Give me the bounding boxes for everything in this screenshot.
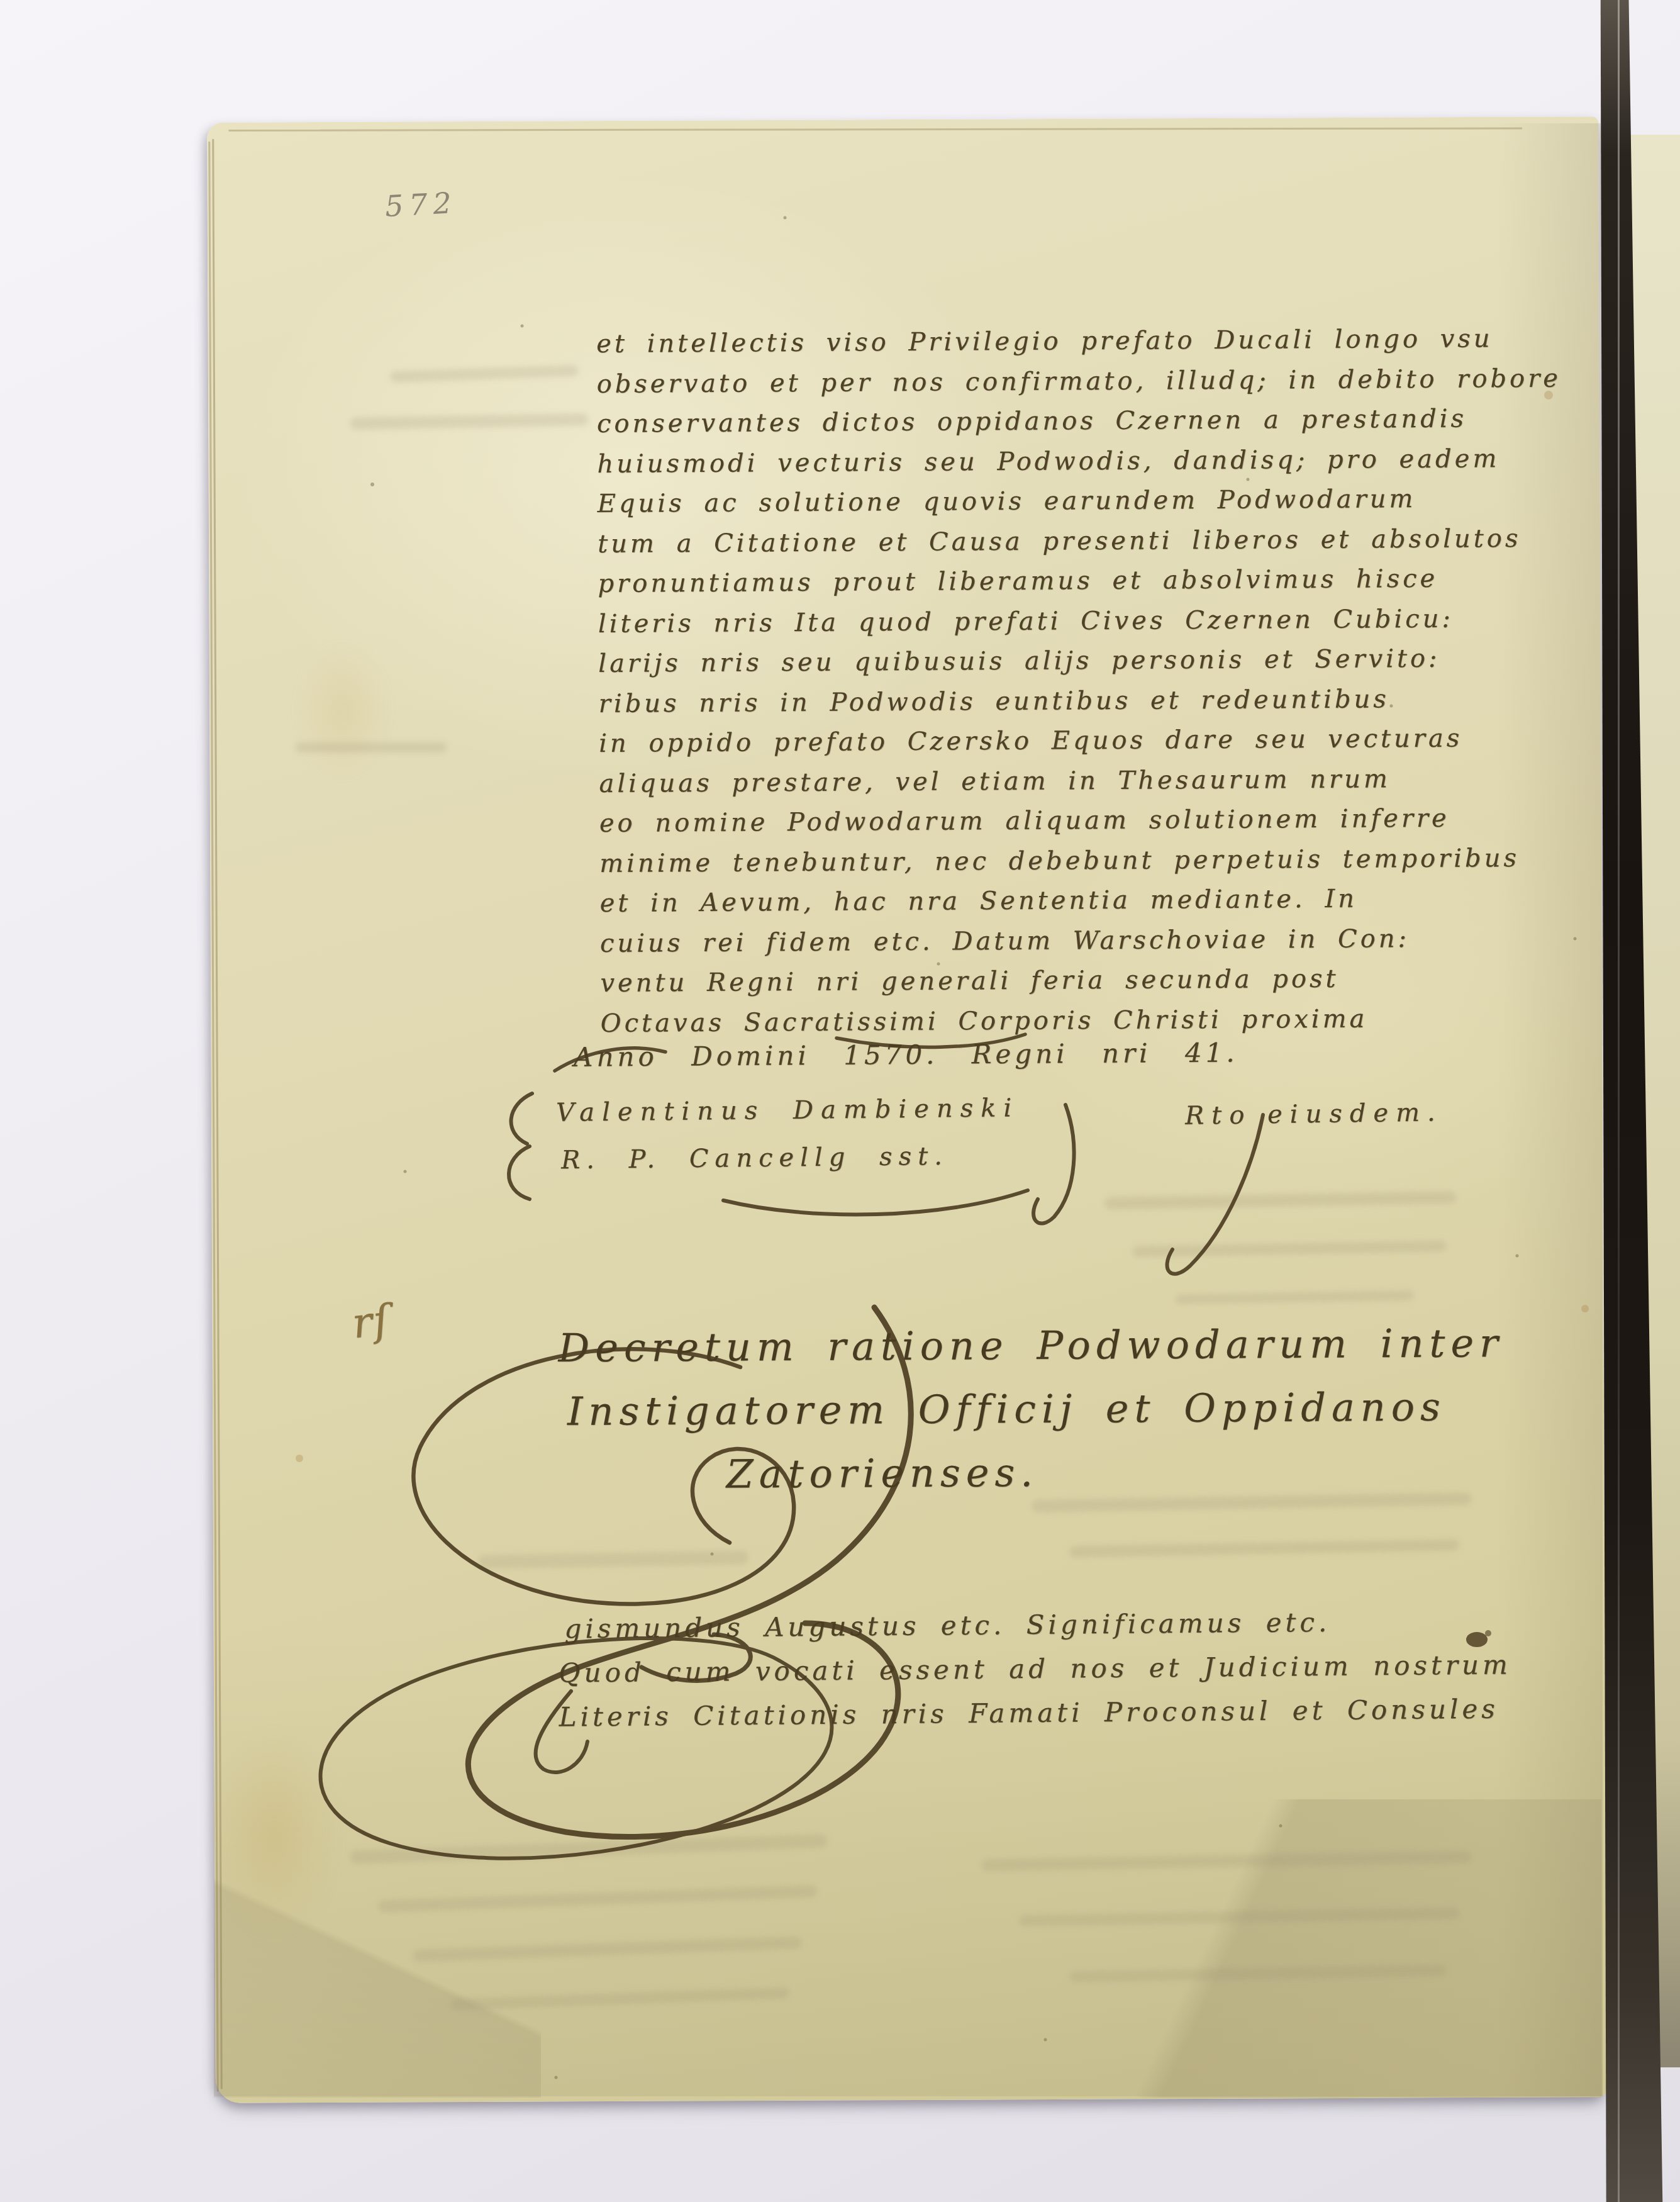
paragraph-line: conservantes dictos oppidanos Czernen a … xyxy=(597,399,1562,445)
dating-clause: Anno Domini 1570. Regni nri 41. xyxy=(574,1037,1238,1072)
margin-mark: rſ xyxy=(350,1295,393,1348)
chancellor-signature: Valentinus Dambienski xyxy=(556,1093,1020,1127)
paragraph-line: huiusmodi vecturis seu Podwodis, dandisq… xyxy=(597,439,1562,484)
paragraph-line: tum a Citatione et Causa presenti libero… xyxy=(598,518,1562,564)
main-paragraph: et intellectis viso Privilegio prefato D… xyxy=(596,319,1565,1044)
signature-title: R. P. Cancellg sst. xyxy=(561,1142,948,1175)
paragraph-line: et intellectis viso Privilegio prefato D… xyxy=(596,319,1561,365)
heading-line: Zatorienses. xyxy=(726,1438,1505,1506)
paragraph-line: Quod cum vocati essent ad nos et Judiciu… xyxy=(559,1643,1511,1695)
paragraph-line: Equis ac solutione quovis earundem Podwo… xyxy=(598,479,1562,525)
opening-paragraph: gismundus Augustus etc. Significamus etc… xyxy=(558,1599,1512,1739)
paragraph-line: pronuntiamus prout liberamus et absolvim… xyxy=(598,559,1562,605)
paragraph-line: eo nomine Podwodarum aliquam solutionem … xyxy=(599,798,1564,844)
relatio-note: Rto eiusdem. xyxy=(1185,1098,1443,1131)
paragraph-line: aliquas prestare, vel etiam in Thesaurum… xyxy=(599,758,1564,804)
folio-number: 572 xyxy=(384,186,458,223)
scan-background: 572 et intellectis viso Privilegio prefa… xyxy=(0,0,1680,2202)
paragraph-line: Literis Citationis nris Famati Proconsul… xyxy=(559,1687,1511,1739)
paragraph-line: literis nris Ita quod prefati Cives Czer… xyxy=(598,598,1563,644)
stain xyxy=(208,1730,340,1938)
stain xyxy=(296,642,390,780)
paragraph-line: gismundus Augustus etc. Significamus etc… xyxy=(564,1599,1511,1651)
paragraph-line: Octavas Sacratissimi Corporis Christi pr… xyxy=(601,998,1566,1044)
section-heading: Decretum ratione Podwodarum inter Instig… xyxy=(558,1311,1505,1507)
paragraph-line: et in Aevum, hac nra Sententia mediante.… xyxy=(599,878,1564,924)
paragraph-line: minime tenebuntur, nec debebunt perpetui… xyxy=(599,838,1564,884)
heading-line: Instigatorem Officij et Oppidanos xyxy=(567,1375,1505,1443)
heading-line: Decretum ratione Podwodarum inter xyxy=(558,1311,1504,1380)
paragraph-line: ribus nris in Podwodis euntibus et redeu… xyxy=(598,678,1563,724)
ghost-showthrough xyxy=(296,742,447,752)
paragraph-line: larijs nris seu quibusuis alijs personis… xyxy=(598,639,1563,685)
paragraph-line: ventu Regni nri generali feria secunda p… xyxy=(600,958,1565,1004)
paragraph-line: cuius rei fidem etc. Datum Warschoviae i… xyxy=(600,918,1565,964)
paragraph-line: observato et per nos confirmato, illudq;… xyxy=(596,359,1561,405)
paragraph-line: in oppido prefato Czersko Equos dare seu… xyxy=(599,718,1564,764)
